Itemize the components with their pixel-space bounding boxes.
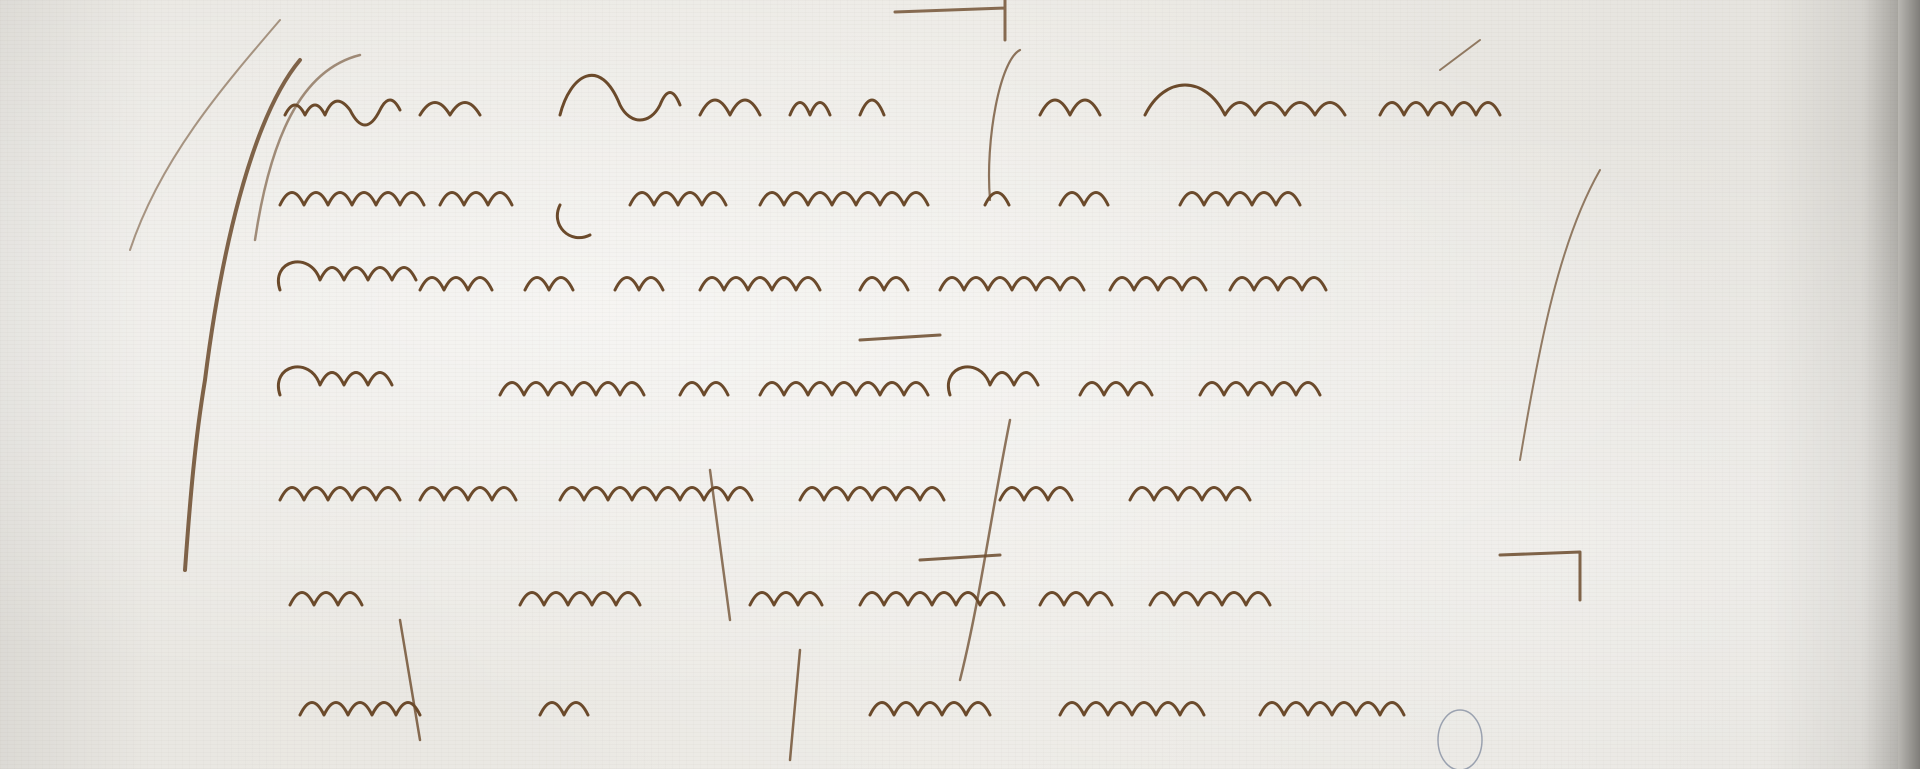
line-4-ink	[278, 367, 1320, 395]
top-crossbar	[895, 0, 1005, 40]
line-6-ink	[290, 593, 1270, 606]
line-2-ink	[280, 193, 1300, 238]
line-1-ink	[285, 75, 1500, 125]
line-7-ink	[300, 703, 1404, 716]
line-3-ink	[278, 262, 1326, 290]
handwriting-ink	[0, 0, 1920, 769]
manuscript-page: Word-level reading is uncertain; bracket…	[0, 0, 1920, 769]
page-edge	[1898, 0, 1920, 769]
line-5-ink	[280, 488, 1250, 501]
